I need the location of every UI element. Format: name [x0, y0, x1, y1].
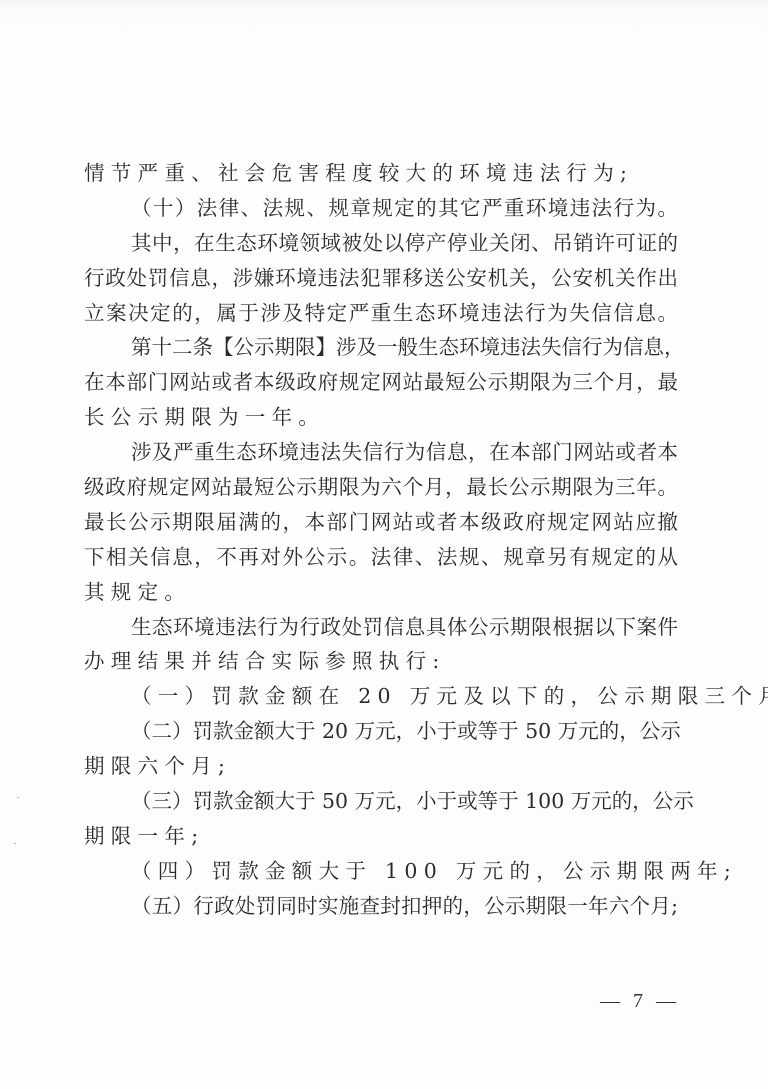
text-line: 行政处罚信息，涉嫌环境违法犯罪移送公安机关，公安机关作出 [84, 261, 678, 296]
text-line: 情节严重、社会危害程度较大的环境违法行为; [84, 156, 678, 191]
list-item: （三）罚款金额大于 50 万元，小于或等于 100 万元的，公示 [84, 784, 678, 819]
text-line: 其规定。 [84, 575, 678, 610]
text-line: 最长公示期限届满的，本部门网站或者本级政府规定网站应撤 [84, 505, 678, 540]
text-line: 生态环境违法行为行政处罚信息具体公示期限根据以下案件 [84, 610, 678, 645]
text-line: 下相关信息，不再对外公示。法律、法规、规章另有规定的从 [84, 540, 678, 575]
scan-speck [17, 797, 19, 798]
text-line: 涉及严重生态环境违法失信行为信息，在本部门网站或者本 [84, 435, 678, 470]
page-number: — 7 — [600, 990, 680, 1013]
list-item: （四）罚款金额大于 100 万元的，公示期限两年; [84, 854, 678, 889]
text-line: 在本部门网站或者本级政府规定网站最短公示期限为三个月，最 [84, 365, 678, 400]
text-line: 立案决定的，属于涉及特定严重生态环境违法行为失信信息。 [84, 296, 678, 331]
text-line: 期限六个月; [84, 749, 678, 784]
document-page: 情节严重、社会危害程度较大的环境违法行为; （十）法律、法规、规章规定的其它严重… [0, 0, 768, 1089]
text-line: （十）法律、法规、规章规定的其它严重环境违法行为。 [84, 191, 678, 226]
list-item: （五）行政处罚同时实施查封扣押的，公示期限一年六个月; [84, 889, 678, 924]
scan-speck [14, 843, 16, 844]
text-line: 长公示期限为一年。 [84, 400, 678, 435]
list-item: （一）罚款金额在 20 万元及以下的，公示期限三个月; [84, 679, 678, 714]
article-heading-line: 第十二条【公示期限】涉及一般生态环境违法失信行为信息， [84, 330, 678, 365]
text-line: 办理结果并结合实际参照执行: [84, 644, 678, 679]
text-line: 其中，在生态环境领域被处以停产停业关闭、吊销许可证的 [84, 226, 678, 261]
list-item: （二）罚款金额大于 20 万元，小于或等于 50 万元的，公示 [84, 714, 678, 749]
text-line: 期限一年; [84, 819, 678, 854]
text-line: 级政府规定网站最短公示期限为六个月，最长公示期限为三年。 [84, 470, 678, 505]
document-body: 情节严重、社会危害程度较大的环境违法行为; （十）法律、法规、规章规定的其它严重… [84, 156, 678, 924]
